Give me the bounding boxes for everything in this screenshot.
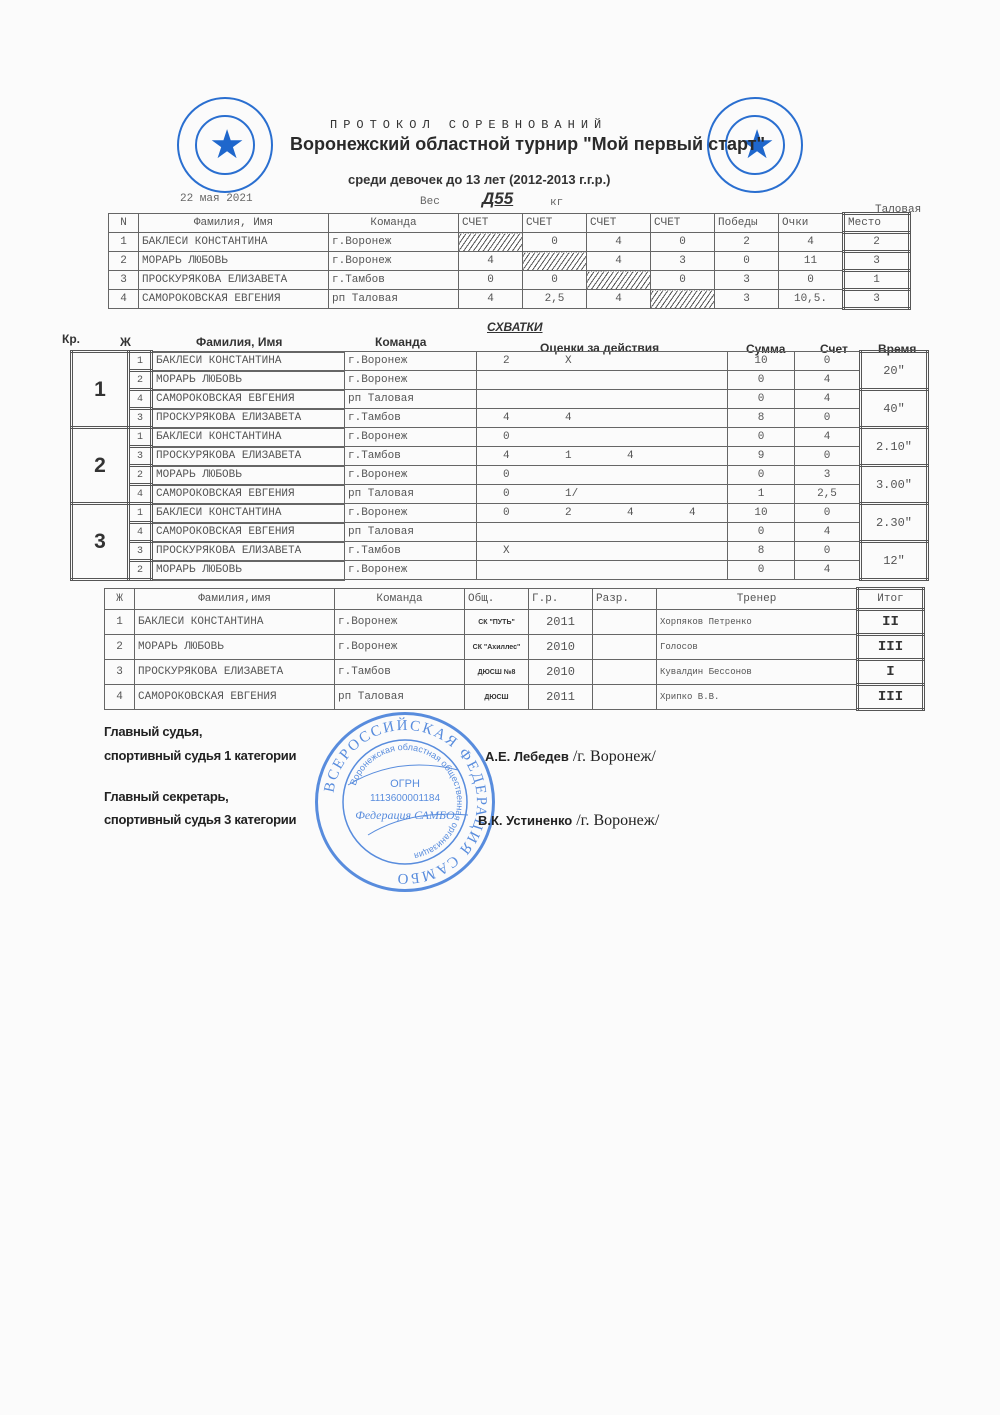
athlete-number: 1 — [105, 610, 135, 635]
bout-score: 2,5 — [795, 485, 861, 504]
athlete-number: 3 — [129, 447, 152, 466]
athlete-team: г.Воронеж — [345, 371, 477, 390]
score-sum: 10 — [728, 352, 795, 371]
points-total: 4 — [779, 233, 844, 252]
points-total: 0 — [779, 271, 844, 290]
match-score: 4 — [587, 290, 651, 309]
bout-row: 2МОРАРЬ ЛЮБОВЬг.Воронеж04 — [72, 561, 928, 580]
column-header: Тренер — [657, 589, 858, 610]
score-sum: 0 — [728, 466, 795, 485]
athlete-number: 1 — [109, 233, 139, 252]
standings-row: 2МОРАРЬ ЛЮБОВЬг.Воронеж4430113 — [109, 252, 910, 271]
athlete-club: ДЮСШ №8 — [465, 660, 529, 685]
standings-row: 3ПРОСКУРЯКОВА ЕЛИЗАВЕТАг.Тамбов000301 — [109, 271, 910, 290]
athlete-number: 4 — [109, 290, 139, 309]
standings-table: NФамилия, ИмяКомандаСЧЕТСЧЕТСЧЕТСЧЕТПобе… — [108, 212, 911, 310]
self-match-cell — [523, 252, 587, 271]
score-sum: 8 — [728, 542, 795, 561]
final-place: 2 — [844, 233, 910, 252]
bout-time: 20" — [861, 352, 928, 390]
athlete-team: г.Воронеж — [345, 466, 477, 485]
action-mark: 4 — [477, 412, 539, 424]
athlete-number: 2 — [129, 561, 152, 580]
bout-row: 4САМОРОКОВСКАЯ ЕВГЕНИЯрп Таловая01/12,5 — [72, 485, 928, 504]
action-marks: 0 — [477, 466, 728, 485]
score-sum: 9 — [728, 447, 795, 466]
bout-score: 4 — [795, 371, 861, 390]
athlete-name: БАКЛЕСИ КОНСТАНТИНА — [152, 428, 345, 447]
bout-score: 0 — [795, 447, 861, 466]
match-score: 0 — [651, 271, 715, 290]
birth-year: 2011 — [529, 685, 593, 710]
sport-rank — [593, 635, 657, 660]
athlete-name: САМОРОКОВСКАЯ ЕВГЕНИЯ — [152, 485, 345, 504]
results-table: ЖФамилия,имяКомандаОбщ.Г.р.Разр.ТренерИт… — [104, 587, 925, 711]
action-marks — [477, 371, 728, 390]
bout-score: 0 — [795, 504, 861, 523]
bout-score: 0 — [795, 542, 861, 561]
star-icon: ★ — [197, 125, 257, 165]
bout-score: 3 — [795, 466, 861, 485]
sport-rank — [593, 660, 657, 685]
action-mark: 2 — [477, 355, 539, 367]
athlete-team: рп Таловая — [345, 485, 477, 504]
match-score: 0 — [651, 233, 715, 252]
action-marks: 01/ — [477, 485, 728, 504]
column-header: Ж — [120, 335, 131, 349]
result-row: 3ПРОСКУРЯКОВА ЕЛИЗАВЕТАг.ТамбовДЮСШ №820… — [105, 660, 924, 685]
athlete-name: МОРАРЬ ЛЮБОВЬ — [139, 252, 329, 271]
match-score: 4 — [587, 252, 651, 271]
results-header: ЖФамилия,имяКомандаОбщ.Г.р.Разр.ТренерИт… — [105, 589, 924, 610]
weight-class: Д55 — [482, 189, 513, 209]
column-header: N — [109, 214, 139, 233]
match-score: 0 — [523, 233, 587, 252]
final-place: 3 — [844, 290, 910, 309]
score-sum: 1 — [728, 485, 795, 504]
bout-time: 40" — [861, 390, 928, 428]
points-total: 10,5. — [779, 290, 844, 309]
athlete-number: 3 — [129, 542, 152, 561]
athlete-name: ПРОСКУРЯКОВА ЕЛИЗАВЕТА — [152, 542, 345, 561]
category-subtitle: среди девочек до 13 лет (2012-2013 г.г.р… — [348, 172, 611, 187]
athlete-number: 4 — [129, 390, 152, 409]
athlete-club: СК "ПУТЬ" — [465, 610, 529, 635]
action-mark: 0 — [477, 431, 539, 443]
action-mark: 4 — [663, 507, 725, 519]
athlete-team: г.Воронеж — [335, 635, 465, 660]
athlete-team: г.Воронеж — [345, 428, 477, 447]
match-score: 4 — [587, 233, 651, 252]
column-header: Итог — [858, 589, 924, 610]
weight-unit: кг — [550, 197, 563, 209]
final-place: 3 — [844, 252, 910, 271]
athlete-name: ПРОСКУРЯКОВА ЕЛИЗАВЕТА — [139, 271, 329, 290]
weight-label: Вес — [420, 196, 440, 208]
athlete-number: 3 — [105, 660, 135, 685]
athlete-team: рп Таловая — [345, 523, 477, 542]
athlete-number: 4 — [105, 685, 135, 710]
athlete-name: БАКЛЕСИ КОНСТАНТИНА — [139, 233, 329, 252]
athlete-name: МОРАРЬ ЛЮБОВЬ — [152, 561, 345, 580]
athlete-name: САМОРОКОВСКАЯ ЕВГЕНИЯ — [152, 523, 345, 542]
bouts-table: 11БАКЛЕСИ КОНСТАНТИНАг.Воронеж2Х10020"2М… — [70, 350, 929, 581]
column-header: Очки — [779, 214, 844, 233]
athlete-name: БАКЛЕСИ КОНСТАНТИНА — [152, 352, 345, 371]
action-mark: 4 — [601, 450, 663, 462]
athlete-name: БАКЛЕСИ КОНСТАНТИНА — [135, 610, 335, 635]
match-score: 0 — [523, 271, 587, 290]
bout-score: 4 — [795, 523, 861, 542]
chief-secretary-signature: В.К. Устиненко /г. Воронеж/ — [478, 812, 659, 830]
column-header: СЧЕТ — [523, 214, 587, 233]
svg-text:ОГРН: ОГРН — [390, 778, 420, 790]
action-marks — [477, 390, 728, 409]
official-seal: ВСЕРОССИЙСКАЯ ФЕДЕРАЦИЯ САМБО Воронежска… — [315, 712, 495, 892]
athlete-team: рп Таловая — [335, 685, 465, 710]
round-number: 3 — [72, 504, 129, 580]
birth-year: 2010 — [529, 635, 593, 660]
action-mark: 1/ — [539, 488, 601, 500]
self-match-cell — [587, 271, 651, 290]
bout-row: 3ПРОСКУРЯКОВА ЕЛИЗАВЕТАг.Тамбов4480 — [72, 409, 928, 428]
chief-secretary-city: /г. Воронеж/ — [576, 812, 659, 829]
self-match-cell — [459, 233, 523, 252]
sport-rank — [593, 685, 657, 710]
action-marks — [477, 523, 728, 542]
action-marks: 44 — [477, 409, 728, 428]
action-mark: 4 — [477, 450, 539, 462]
athlete-team: г.Воронеж — [345, 561, 477, 580]
chief-judge-title-2: спортивный судья 1 категории — [104, 748, 296, 763]
coach-name: Хорпяков Петренко — [657, 610, 858, 635]
column-header: Фамилия, Имя — [196, 335, 282, 349]
round-number: 2 — [72, 428, 129, 504]
bout-score: 4 — [795, 428, 861, 447]
athlete-team: г.Тамбов — [345, 409, 477, 428]
birth-year: 2010 — [529, 660, 593, 685]
column-header: СЧЕТ — [651, 214, 715, 233]
final-result: III — [858, 635, 924, 660]
bout-row: 21БАКЛЕСИ КОНСТАНТИНАг.Воронеж0042.10" — [72, 428, 928, 447]
action-marks: 414 — [477, 447, 728, 466]
bout-row: 11БАКЛЕСИ КОНСТАНТИНАг.Воронеж2Х10020" — [72, 352, 928, 371]
action-mark: 2 — [539, 507, 601, 519]
column-header: Фамилия,имя — [135, 589, 335, 610]
athlete-name: САМОРОКОВСКАЯ ЕВГЕНИЯ — [152, 390, 345, 409]
bout-row: 2МОРАРЬ ЛЮБОВЬг.Воронеж0033.00" — [72, 466, 928, 485]
column-header: Кр. — [62, 332, 80, 346]
event-date: 22 мая 2021 — [180, 193, 253, 205]
federation-stamp-left: ★ — [177, 97, 273, 193]
result-row: 1БАКЛЕСИ КОНСТАНТИНАг.ВоронежСК "ПУТЬ"20… — [105, 610, 924, 635]
column-header: Разр. — [593, 589, 657, 610]
coach-name: Кувалдин Бессонов — [657, 660, 858, 685]
bout-time: 2.30" — [861, 504, 928, 542]
standings-header: NФамилия, ИмяКомандаСЧЕТСЧЕТСЧЕТСЧЕТПобе… — [109, 214, 910, 233]
column-header: Команда — [329, 214, 459, 233]
score-sum: 0 — [728, 428, 795, 447]
final-result: III — [858, 685, 924, 710]
final-result: II — [858, 610, 924, 635]
svg-text:Федерация САМБО: Федерация САМБО — [355, 808, 455, 822]
athlete-name: БАКЛЕСИ КОНСТАНТИНА — [152, 504, 345, 523]
match-score: 4 — [459, 252, 523, 271]
chief-judge-name: А.Е. Лебедев — [485, 749, 569, 764]
match-score: 3 — [651, 252, 715, 271]
coach-name: Хрипко В.В. — [657, 685, 858, 710]
athlete-number: 3 — [129, 409, 152, 428]
action-mark: 0 — [477, 469, 539, 481]
athlete-team: г.Воронеж — [329, 233, 459, 252]
athlete-club: ДЮСШ — [465, 685, 529, 710]
protocol-title: ПРОТОКОЛ СОРЕВНОВАНИЙ — [330, 118, 607, 132]
action-marks: 2Х — [477, 352, 728, 371]
final-result: I — [858, 660, 924, 685]
athlete-name: ПРОСКУРЯКОВА ЕЛИЗАВЕТА — [135, 660, 335, 685]
points-total: 11 — [779, 252, 844, 271]
athlete-team: г.Воронеж — [345, 352, 477, 371]
bout-score: 4 — [795, 561, 861, 580]
tournament-title: Воронежский областной турнир "Мой первый… — [290, 134, 765, 155]
athlete-number: 3 — [109, 271, 139, 290]
athlete-number: 2 — [129, 466, 152, 485]
athlete-team: г.Воронеж — [329, 252, 459, 271]
standings-row: 1БАКЛЕСИ КОНСТАНТИНАг.Воронеж040242 — [109, 233, 910, 252]
bout-row: 2МОРАРЬ ЛЮБОВЬг.Воронеж04 — [72, 371, 928, 390]
wins-count: 0 — [715, 252, 779, 271]
chief-judge-city: /г. Воронеж/ — [573, 748, 656, 765]
action-mark: 0 — [477, 488, 539, 500]
self-match-cell — [651, 290, 715, 309]
wins-count: 3 — [715, 290, 779, 309]
athlete-number: 2 — [105, 635, 135, 660]
score-sum: 0 — [728, 390, 795, 409]
bout-row: 4САМОРОКОВСКАЯ ЕВГЕНИЯрп Таловая0440" — [72, 390, 928, 409]
athlete-name: МОРАРЬ ЛЮБОВЬ — [152, 371, 345, 390]
action-mark: Х — [477, 545, 539, 557]
athlete-team: г.Воронеж — [345, 504, 477, 523]
column-header: Фамилия, Имя — [139, 214, 329, 233]
result-row: 4САМОРОКОВСКАЯ ЕВГЕНИЯрп ТаловаяДЮСШ2011… — [105, 685, 924, 710]
bout-score: 0 — [795, 352, 861, 371]
svg-text:1113600001184: 1113600001184 — [370, 793, 441, 804]
seal-graphic: ВСЕРОССИЙСКАЯ ФЕДЕРАЦИЯ САМБО Воронежска… — [318, 715, 492, 889]
action-marks: Х — [477, 542, 728, 561]
athlete-number: 1 — [129, 428, 152, 447]
action-mark: 4 — [539, 412, 601, 424]
column-header: Г.р. — [529, 589, 593, 610]
athlete-number: 1 — [129, 504, 152, 523]
bout-row: 31БАКЛЕСИ КОНСТАНТИНАг.Воронеж02441002.3… — [72, 504, 928, 523]
column-header: Команда — [375, 335, 426, 349]
column-header: Победы — [715, 214, 779, 233]
action-marks: 0244 — [477, 504, 728, 523]
athlete-number: 2 — [129, 371, 152, 390]
bout-score: 4 — [795, 390, 861, 409]
bout-time: 12" — [861, 542, 928, 580]
result-row: 2МОРАРЬ ЛЮБОВЬг.ВоронежСК "Ахиллес"2010Г… — [105, 635, 924, 660]
athlete-name: МОРАРЬ ЛЮБОВЬ — [152, 466, 345, 485]
athlete-team: г.Тамбов — [329, 271, 459, 290]
score-sum: 0 — [728, 371, 795, 390]
match-score: 4 — [459, 290, 523, 309]
match-score: 2,5 — [523, 290, 587, 309]
wins-count: 2 — [715, 233, 779, 252]
bout-row: 3ПРОСКУРЯКОВА ЕЛИЗАВЕТАг.ТамбовХ8012" — [72, 542, 928, 561]
athlete-team: рп Таловая — [329, 290, 459, 309]
athlete-number: 4 — [129, 485, 152, 504]
athlete-team: г.Тамбов — [345, 447, 477, 466]
column-header: Команда — [335, 589, 465, 610]
athlete-name: САМОРОКОВСКАЯ ЕВГЕНИЯ — [139, 290, 329, 309]
score-sum: 10 — [728, 504, 795, 523]
athlete-team: г.Воронеж — [335, 610, 465, 635]
athlete-team: рп Таловая — [345, 390, 477, 409]
coach-name: Голосов — [657, 635, 858, 660]
column-header: Общ. — [465, 589, 529, 610]
column-header: Место — [844, 214, 910, 233]
column-header: Ж — [105, 589, 135, 610]
athlete-number: 4 — [129, 523, 152, 542]
athlete-number: 1 — [129, 352, 152, 371]
final-place: 1 — [844, 271, 910, 290]
action-mark: 1 — [539, 450, 601, 462]
birth-year: 2011 — [529, 610, 593, 635]
chief-judge-title-1: Главный судья, — [104, 724, 202, 739]
score-sum: 0 — [728, 523, 795, 542]
action-mark: Х — [539, 355, 601, 367]
score-sum: 8 — [728, 409, 795, 428]
standings-row: 4САМОРОКОВСКАЯ ЕВГЕНИЯрп Таловая42,54310… — [109, 290, 910, 309]
athlete-club: СК "Ахиллес" — [465, 635, 529, 660]
score-sum: 0 — [728, 561, 795, 580]
athlete-team: г.Тамбов — [335, 660, 465, 685]
sport-rank — [593, 610, 657, 635]
athlete-name: ПРОСКУРЯКОВА ЕЛИЗАВЕТА — [152, 447, 345, 466]
bout-time: 2.10" — [861, 428, 928, 466]
bout-time: 3.00" — [861, 466, 928, 504]
match-score: 0 — [459, 271, 523, 290]
chief-judge-signature: А.Е. Лебедев /г. Воронеж/ — [485, 748, 656, 766]
athlete-name: МОРАРЬ ЛЮБОВЬ — [135, 635, 335, 660]
bout-row: 3ПРОСКУРЯКОВА ЕЛИЗАВЕТАг.Тамбов41490 — [72, 447, 928, 466]
chief-secretary-name: В.К. Устиненко — [478, 813, 572, 828]
column-header: СЧЕТ — [459, 214, 523, 233]
athlete-team: г.Тамбов — [345, 542, 477, 561]
action-mark: 4 — [601, 507, 663, 519]
column-header: СЧЕТ — [587, 214, 651, 233]
bout-score: 0 — [795, 409, 861, 428]
bout-row: 4САМОРОКОВСКАЯ ЕВГЕНИЯрп Таловая04 — [72, 523, 928, 542]
round-number: 1 — [72, 352, 129, 428]
wins-count: 3 — [715, 271, 779, 290]
athlete-number: 2 — [109, 252, 139, 271]
athlete-name: ПРОСКУРЯКОВА ЕЛИЗАВЕТА — [152, 409, 345, 428]
bouts-section-title: СХВАТКИ — [487, 320, 543, 334]
chief-secretary-title-2: спортивный судья 3 категории — [104, 812, 296, 827]
action-marks — [477, 561, 728, 580]
action-mark: 0 — [477, 507, 539, 519]
action-marks: 0 — [477, 428, 728, 447]
chief-secretary-title-1: Главный секретарь, — [104, 789, 228, 804]
athlete-name: САМОРОКОВСКАЯ ЕВГЕНИЯ — [135, 685, 335, 710]
